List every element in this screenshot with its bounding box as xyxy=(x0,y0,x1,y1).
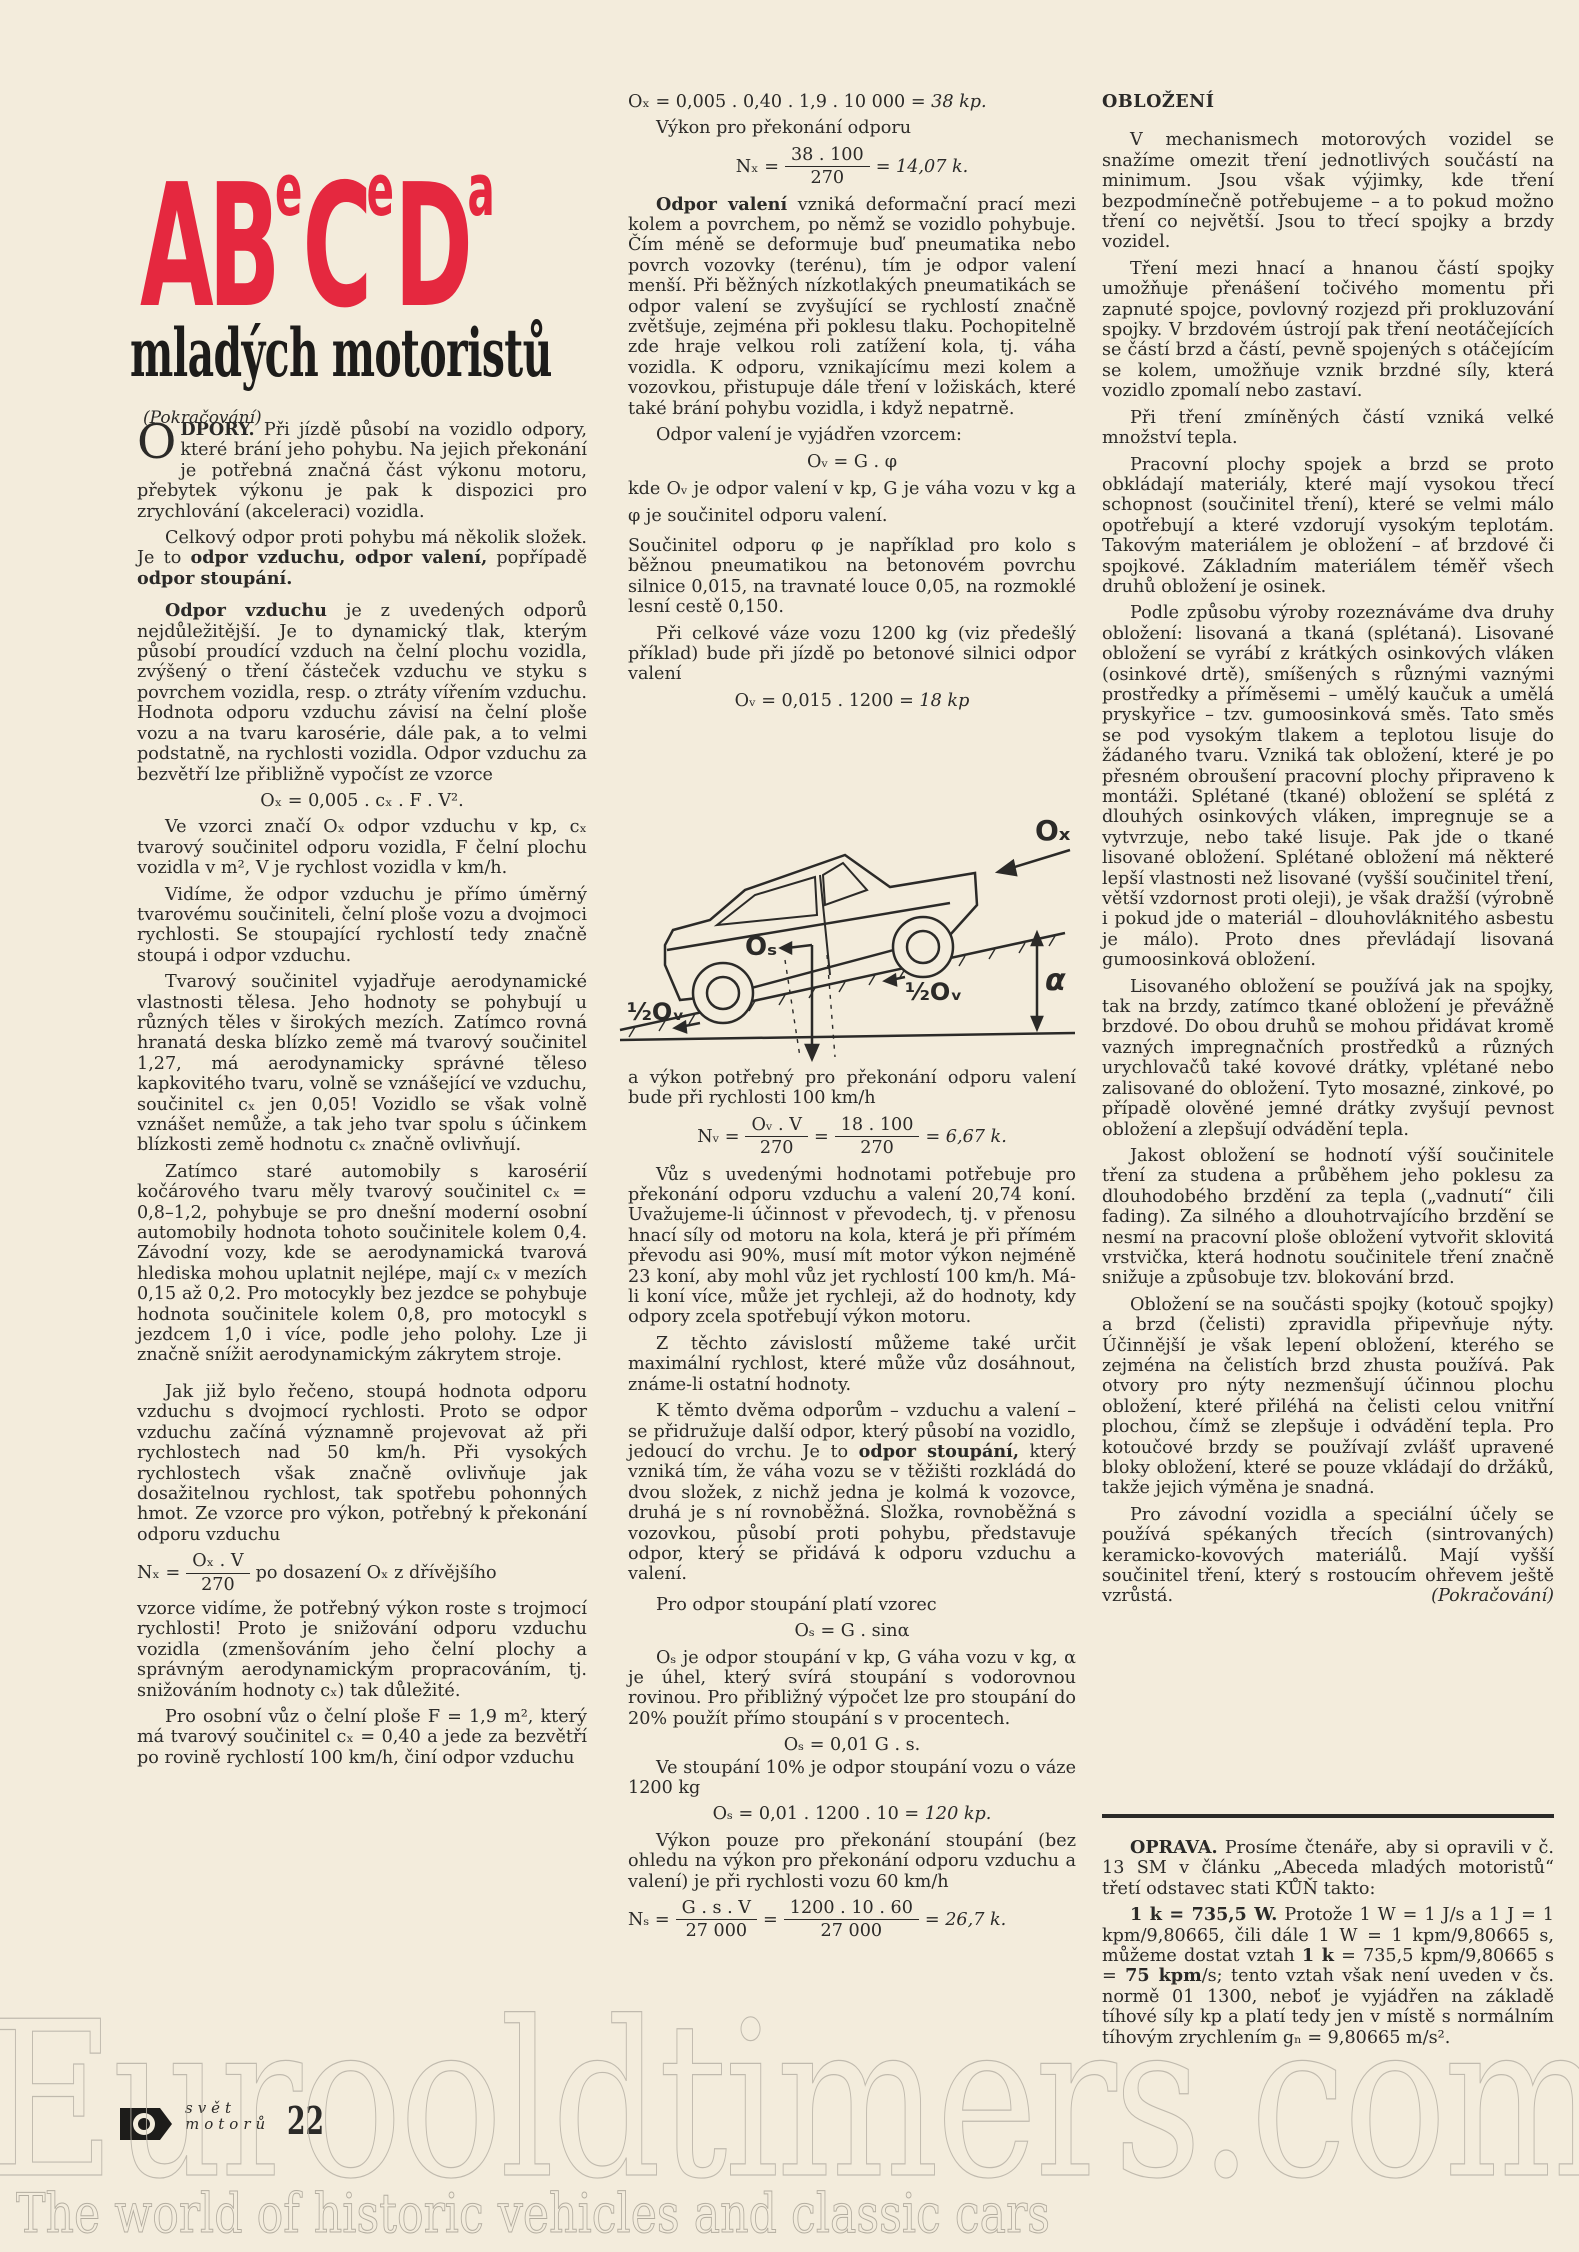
paragraph: Lisovaného obložení se používá jak na sp… xyxy=(1102,977,1554,1140)
numerator: G . s . V xyxy=(676,1898,757,1920)
paragraph: Výkon pro překonání odporu xyxy=(628,118,1076,138)
formula-air-result: Oₓ = 0,005 . 0,40 . 1,9 . 10 000 = 38 kp… xyxy=(628,92,1076,112)
paragraph: Jak již bylo řečeno, stoupá hodnota odpo… xyxy=(137,1382,587,1545)
dropcap: O xyxy=(137,422,176,462)
paragraph-text: je z uvedených odporů nejdůležitější. Je… xyxy=(137,601,587,784)
paragraph: Pro závodní vozidla a speciální účely se… xyxy=(1102,1505,1554,1607)
paragraph-text: vzniká deformační prací mezi kolem a pov… xyxy=(628,195,1076,419)
bold-term: 1 k = 735,5 W. xyxy=(1130,1904,1277,1925)
denominator: 27 000 xyxy=(676,1920,757,1941)
formula-text: Oₛ = 0,01 . 1200 . 10 = xyxy=(713,1804,925,1824)
formula-power-rolling: Nᵥ =Oᵥ . V270=18 . 100270= 6,67 k. xyxy=(628,1115,1076,1159)
watermark-tagline: The world of historic vehicles and class… xyxy=(16,2182,1050,2245)
paragraph: Zatímco staré automobily s karosérií koč… xyxy=(137,1162,587,1366)
numerator: 18 . 100 xyxy=(835,1115,920,1137)
formula-result: 38 kp. xyxy=(931,92,987,112)
label-os: Oₛ xyxy=(745,932,777,962)
section-divider xyxy=(1102,1814,1554,1818)
paragraph: Jakost obložení se hodnotí výší součinit… xyxy=(1102,1146,1554,1289)
fraction: 18 . 100270 xyxy=(835,1115,920,1159)
bold-term: Odpor vzduchu xyxy=(165,600,327,621)
numerator: 38 . 100 xyxy=(785,145,870,167)
formula-power-air: Nₓ =Oₓ . V270po dosazení Oₓ z dřívějšího xyxy=(137,1551,587,1595)
formula-climb-approx: Oₛ = 0,01 G . s. xyxy=(628,1735,1076,1755)
formula-result: = 14,07 k. xyxy=(876,157,969,177)
formula-result: 18 kp xyxy=(919,691,969,711)
paragraph: Ve stoupání 10% je odpor stoupání vozu o… xyxy=(628,1758,1076,1799)
paragraph: K těmto dvěma odporům – vzduchu a valení… xyxy=(628,1401,1076,1585)
formula-result: = 26,7 k. xyxy=(925,1910,1006,1930)
formula-lhs: Nₓ = xyxy=(137,1563,180,1583)
paragraph: Vůz s uvedenými hodnotami potřebuje pro … xyxy=(628,1165,1076,1328)
title-letter-small: e xyxy=(275,148,302,232)
bold-term: odpor stoupání. xyxy=(137,568,292,589)
paragraph: Vidíme, že odpor vzduchu je přímo úměrný… xyxy=(137,885,587,967)
paragraph: Výkon pouze pro překonání stoupání (bez … xyxy=(628,1831,1076,1892)
title-letter-small: a xyxy=(467,148,494,232)
paragraph-intro: ODPORY. Při jízdě působí na vozidlo odpo… xyxy=(137,420,587,522)
numerator: 1200 . 10 . 60 xyxy=(784,1898,919,1920)
denominator: 270 xyxy=(835,1137,920,1158)
paragraph: Oₛ je odpor stoupání v kp, G váha vozu v… xyxy=(628,1648,1076,1730)
paragraph: Celkový odpor proti pohybu má několik sl… xyxy=(137,528,587,589)
numerator: Oᵥ . V xyxy=(745,1115,807,1137)
section-lead-odpory: DPORY. xyxy=(180,419,254,440)
paragraph-text: popřípadě xyxy=(487,548,587,568)
paragraph: Při celkové váze vozu 1200 kg (viz přede… xyxy=(628,624,1076,685)
paragraph: Odpor valení je vyjádřen vzorcem: xyxy=(628,425,1076,445)
paragraph: kde Oᵥ je odpor valení v kp, G je váha v… xyxy=(628,476,1076,530)
car-on-slope-diagram: Oₓ Oₛ ½Oᵥ ½Oᵥ α xyxy=(605,795,1075,1075)
fraction: Oₓ . V270 xyxy=(186,1551,249,1595)
column-2: Oₓ = 0,005 . 0,40 . 1,9 . 10 000 = 38 kp… xyxy=(628,92,1076,713)
bold-term: odpor vzduchu, odpor valení, xyxy=(191,547,488,568)
formula-climb-result: Oₛ = 0,01 . 1200 . 10 = 120 kp. xyxy=(628,1804,1076,1824)
formula-text: Oᵥ = 0,015 . 1200 = xyxy=(735,691,920,711)
car-slope-illustration-icon: Oₓ Oₛ ½Oᵥ ½Oᵥ α xyxy=(605,795,1075,1075)
formula-result: = 6,67 k. xyxy=(925,1127,1006,1147)
numerator: Oₓ . V xyxy=(186,1551,249,1573)
paragraph: Odpor valení vzniká deformační prací mez… xyxy=(628,195,1076,419)
denominator: 270 xyxy=(785,167,870,188)
paragraph: Tvarový součinitel vyjadřuje aerodynamic… xyxy=(137,972,587,1156)
paragraph: Pro osobní vůz o čelní ploše F = 1,9 m²,… xyxy=(137,1707,587,1768)
denominator: 270 xyxy=(186,1574,249,1595)
label-alpha: α xyxy=(1045,963,1066,998)
formula-power-climb: Nₛ =G . s . V27 000=1200 . 10 . 6027 000… xyxy=(628,1898,1076,1942)
paragraph: Odpor vzduchu je z uvedených odporů nejd… xyxy=(137,601,587,785)
formula-lhs: Nᵥ = xyxy=(697,1127,739,1147)
paragraph: OPRAVA. Prosíme čtenáře, aby si opravili… xyxy=(1102,1838,1554,1899)
formula-air-resistance: Oₓ = 0,005 . cₓ . F . V². xyxy=(137,791,587,811)
paragraph: a výkon potřebný pro překonání odporu va… xyxy=(628,1068,1076,1109)
column-3: OBLOŽENÍ V mechanismech motorových vozid… xyxy=(1102,92,1554,1613)
bold-term: Odpor valení xyxy=(656,194,787,215)
column-2-lower: a výkon potřebný pro překonání odporu va… xyxy=(628,1068,1076,1944)
formula-climb: Oₛ = G . sinα xyxy=(628,1621,1076,1641)
fraction: 38 . 100270 xyxy=(785,145,870,189)
article-subtitle: mladých motoristů xyxy=(130,318,421,388)
paragraph-text: který vzniká tím, že váha vozu se v těži… xyxy=(628,1442,1076,1584)
formula-result: 120 kp. xyxy=(925,1804,992,1824)
continuation-label: (Pokračování) xyxy=(1403,1586,1554,1606)
title-letter-small: e xyxy=(367,148,394,232)
paragraph: Ve vzorci značí Oₓ odpor vzduchu v kp, c… xyxy=(137,817,587,878)
paragraph: Součinitel odporu φ je například pro kol… xyxy=(628,536,1076,618)
formula-text: Oₓ = 0,005 . 0,40 . 1,9 . 10 000 = xyxy=(628,92,931,112)
paragraph: Pracovní plochy spojek a brzd se proto o… xyxy=(1102,455,1554,598)
section-heading-oblozeni: OBLOŽENÍ xyxy=(1102,92,1554,112)
paragraph: Pro odpor stoupání platí vzorec xyxy=(628,1595,1076,1615)
formula-lhs: Nₛ = xyxy=(628,1910,670,1930)
denominator: 270 xyxy=(745,1137,807,1158)
paragraph: Při tření zmíněných částí vzniká velké m… xyxy=(1102,408,1554,449)
paragraph: V mechanismech motorových vozidel se sna… xyxy=(1102,130,1554,252)
bold-term: odpor stoupání, xyxy=(859,1441,1019,1462)
formula-lhs: Nₓ = xyxy=(736,157,779,177)
label-ov-front: ½Oᵥ xyxy=(905,978,962,1006)
paragraph: Tření mezi hnací a hnanou částí spojky u… xyxy=(1102,259,1554,402)
fraction: Oᵥ . V270 xyxy=(745,1115,807,1159)
column-1: ODPORY. Při jízdě působí na vozidlo odpo… xyxy=(137,420,587,1774)
formula-power-air-result: Nₓ =38 . 100270= 14,07 k. xyxy=(628,145,1076,189)
paragraph: Podle způsobu výroby rozeznáváme dva dru… xyxy=(1102,603,1554,970)
paragraph: Z těchto závislostí můžeme také určit ma… xyxy=(628,1334,1076,1395)
article-title-abeceda: ABeCeDa xyxy=(140,105,398,275)
fraction: 1200 . 10 . 6027 000 xyxy=(784,1898,919,1942)
bold-term: OPRAVA. xyxy=(1130,1837,1218,1858)
formula-rolling: Oᵥ = G . φ xyxy=(628,452,1076,472)
magazine-page: ABeCeDa mladých motoristů (Pokračování) … xyxy=(0,0,1579,2252)
label-ox: Oₓ xyxy=(1035,814,1071,847)
paragraph-text: po dosazení Oₓ z dřívějšího xyxy=(256,1563,497,1583)
paragraph: Obložení se na součásti spojky (kotouč s… xyxy=(1102,1295,1554,1499)
bold-term: 1 k xyxy=(1302,1945,1334,1966)
formula-rolling-result: Oᵥ = 0,015 . 1200 = 18 kp xyxy=(628,691,1076,711)
paragraph: vzorce vidíme, že potřebný výkon roste s… xyxy=(137,1599,587,1701)
denominator: 27 000 xyxy=(784,1920,919,1941)
label-ov-rear: ½Oᵥ xyxy=(627,998,684,1026)
fraction: G . s . V27 000 xyxy=(676,1898,757,1942)
